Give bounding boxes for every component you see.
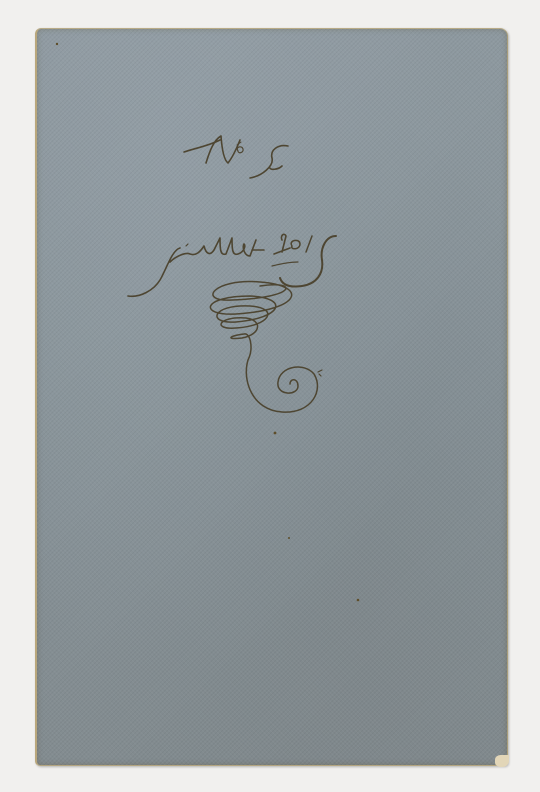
paper-specks [56, 43, 360, 602]
handwriting [0, 0, 540, 792]
date-inscription [128, 234, 336, 296]
number-inscription [184, 136, 288, 178]
calligraphic-flourish [210, 282, 322, 413]
